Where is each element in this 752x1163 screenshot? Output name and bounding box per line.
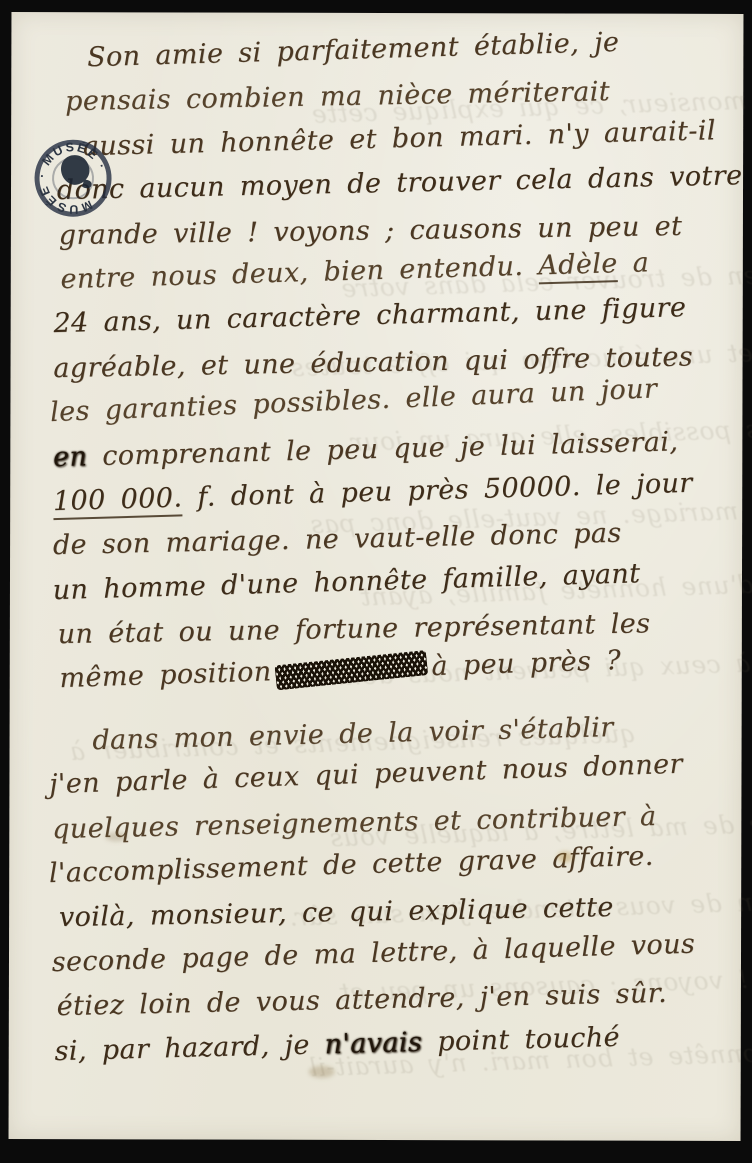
letter-body: Son amie si parfaitement établie, je pen… <box>19 42 738 1082</box>
letter-line-segment: point touché <box>422 1021 620 1057</box>
blotted-word: en <box>53 441 88 473</box>
scratched-out-word <box>275 651 429 691</box>
letter-page: voilà, monsieur, ce qui explique cette d… <box>9 12 744 1141</box>
scan-black-border: voilà, monsieur, ce qui explique cette d… <box>0 0 752 1163</box>
letter-line-segment: à peu près ? <box>431 646 622 683</box>
underlined-word-adele: Adèle <box>538 248 618 284</box>
letter-line-segment: si, par hazard, je <box>54 1029 325 1067</box>
blotted-correction: n'avais <box>324 1026 422 1059</box>
letter-line-segment: même position <box>59 657 272 695</box>
letter-line-segment: a <box>617 247 649 279</box>
underlined-amount: 100 000. <box>53 482 183 520</box>
